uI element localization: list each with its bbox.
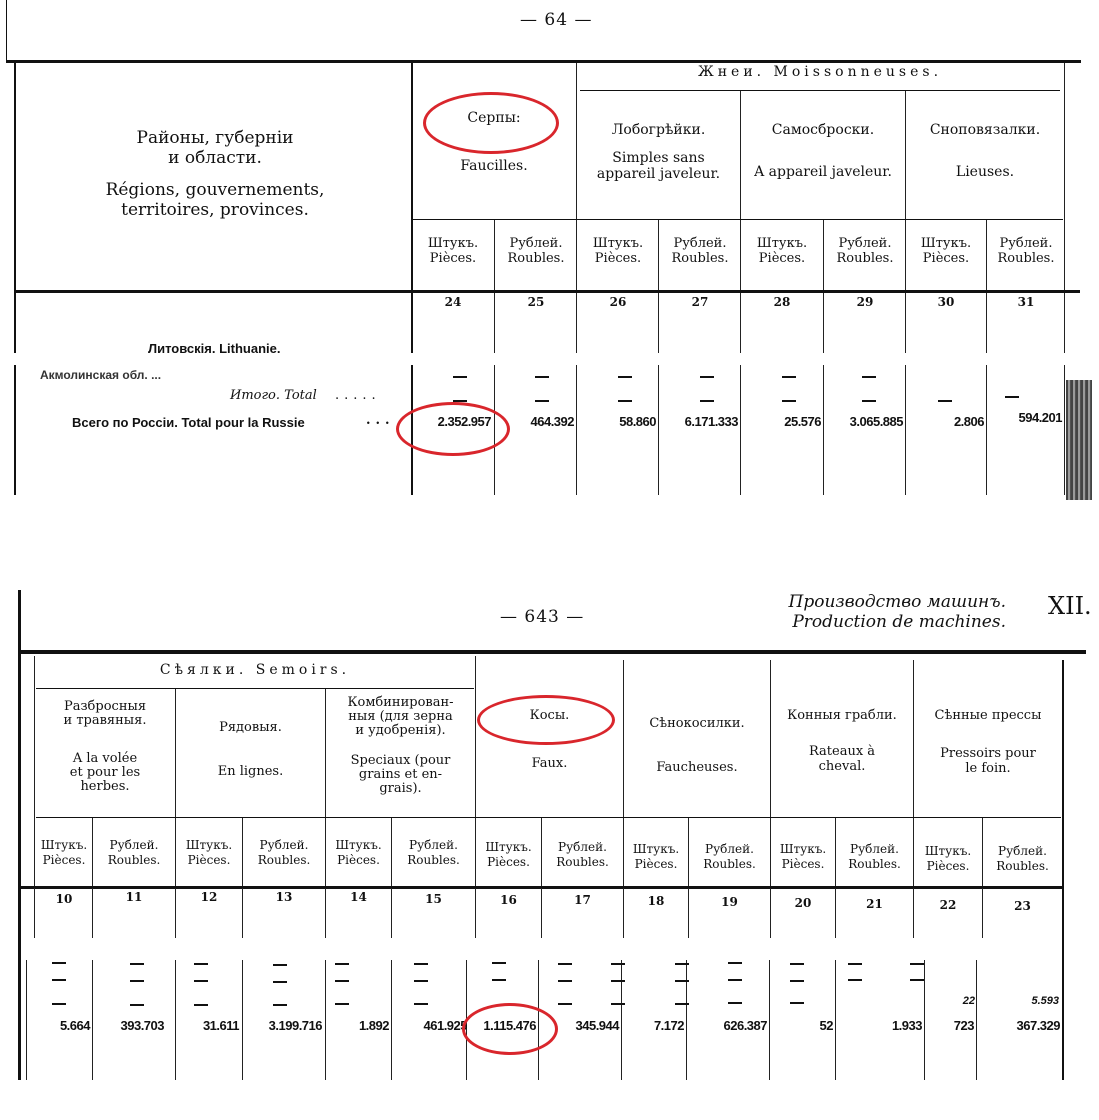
column-number: 31 [988, 295, 1064, 309]
total-value: 5.664 [36, 1018, 90, 1033]
highlight-circle [462, 1003, 558, 1055]
col-header-ru: Лобогрѣйки. [578, 122, 739, 138]
col-divider [175, 688, 176, 896]
unit-divider [823, 365, 824, 495]
column-number: 27 [660, 295, 740, 309]
unit-pieces: Штукъ. Pièces. [413, 236, 493, 266]
unit-pieces: Штукъ. Pièces. [578, 236, 658, 266]
col-divider [1064, 63, 1065, 353]
unit-roubles: Рублей. Roubles. [984, 844, 1061, 874]
column-number: 26 [578, 295, 658, 309]
page-number-bottom: — 643 — [500, 607, 584, 627]
col-divider [475, 888, 476, 938]
unit-pieces: Штукъ. Pièces. [742, 236, 822, 266]
row-label-itogo: Итого. Total [230, 388, 317, 403]
scan-edge [6, 0, 7, 60]
unit-pieces: Штукъ. Pièces. [36, 838, 92, 868]
unit-roubles: Рублей. Roubles. [825, 236, 905, 266]
chapter-number: XII. [1048, 592, 1092, 620]
group-underline [36, 688, 474, 689]
col-divider [905, 90, 906, 353]
unit-roubles: Рублей. Roubles. [244, 838, 324, 868]
col-divider [391, 888, 392, 938]
column-number: 11 [94, 890, 174, 904]
empty-dash [535, 376, 549, 378]
column-number: 16 [477, 893, 540, 907]
unit-roubles: Рублей. Roubles. [496, 236, 576, 266]
col-header-fr: Faucilles. [413, 158, 575, 174]
unit-divider [982, 818, 983, 896]
header-bottom-rule [14, 290, 1080, 293]
col-divider [92, 960, 93, 1080]
total-value: 594.201 [988, 410, 1062, 425]
column-number: 28 [742, 295, 822, 309]
unit-divider [658, 365, 659, 495]
running-head-fr: Production de machines. [760, 612, 1006, 632]
col-divider [770, 660, 771, 896]
unit-roubles: Рублей. Roubles. [543, 840, 622, 870]
scan-edge [18, 590, 21, 1080]
col-divider [576, 63, 577, 353]
empty-dash [862, 400, 876, 402]
unit-row-rule [413, 219, 1063, 220]
unit-pieces: Штукъ. Pièces. [915, 844, 981, 874]
table-top-rule [18, 650, 1086, 654]
col-divider [242, 888, 243, 938]
stub-header-fr: Régions, gouvernements, territoires, pro… [20, 180, 410, 220]
unit-pieces: Штукъ. Pièces. [907, 236, 985, 266]
empty-dash [618, 400, 632, 402]
total-value: 3.065.885 [825, 414, 903, 429]
unit-row-rule [36, 817, 1061, 818]
unit-pieces: Штукъ. Pièces. [772, 842, 834, 872]
col-divider [576, 365, 577, 495]
total-value: 52 [771, 1018, 833, 1033]
col-divider [325, 960, 326, 1080]
unit-divider [835, 818, 836, 896]
column-number: 25 [496, 295, 576, 309]
column-number: 23 [984, 899, 1061, 913]
column-number: 21 [837, 897, 912, 911]
col-divider [835, 888, 836, 938]
section-label-lithuania: Литовскія. Lithuanie. [148, 341, 280, 356]
total-value: 1.892 [327, 1018, 389, 1033]
col-divider [175, 960, 176, 1080]
empty-dash [700, 400, 714, 402]
unit-divider [541, 818, 542, 896]
unit-roubles: Рублей. Roubles. [94, 838, 174, 868]
col-divider [325, 888, 326, 938]
unit-roubles: Рублей. Roubles. [660, 236, 740, 266]
unit-roubles: Рублей. Roubles. [837, 842, 912, 872]
unit-divider [986, 365, 987, 495]
row-label-partial: Акмолинская обл. ... [40, 368, 161, 382]
col-divider [623, 888, 624, 938]
running-head-ru: Производство машинъ. [760, 592, 1006, 612]
table-top-rule [6, 60, 1081, 63]
col-header-ru: Сѣнокосилки. [625, 716, 769, 732]
column-number: 19 [690, 895, 769, 909]
empty-dash [862, 376, 876, 378]
total-value: 393.703 [94, 1018, 164, 1033]
total-value: 461.925 [393, 1018, 467, 1033]
unit-divider [494, 220, 495, 353]
unit-divider [986, 220, 987, 353]
column-number: 12 [177, 890, 241, 904]
total-value: 2.806 [907, 414, 984, 429]
empty-dash [535, 400, 549, 402]
col-header-fr: A la volée et pour les herbes. [36, 752, 174, 794]
column-number: 17 [543, 893, 622, 907]
total-value: 723 [926, 1018, 974, 1033]
col-divider [835, 960, 836, 1080]
empty-dash [782, 400, 796, 402]
total-value: 58.860 [578, 414, 656, 429]
col-header-ru: Рядовыя. [177, 720, 324, 736]
col-divider [982, 888, 983, 938]
col-divider [740, 90, 741, 353]
col-header-ru: Сѣнные прессы [915, 708, 1061, 724]
empty-dash [1005, 396, 1019, 398]
col-divider [740, 365, 741, 495]
total-value: 6.171.333 [660, 414, 738, 429]
highlight-circle [423, 92, 559, 154]
col-divider [769, 960, 770, 1080]
col-divider [1064, 365, 1065, 495]
table-left-rule [34, 656, 35, 896]
column-number: 30 [907, 295, 985, 309]
stub-divider [411, 63, 413, 353]
col-header-fr: En lignes. [177, 764, 324, 780]
unit-divider [688, 818, 689, 896]
col-divider [26, 960, 27, 1080]
unit-pieces: Штукъ. Pièces. [477, 840, 540, 870]
col-header-fr: Pressoirs pour le foin. [915, 746, 1061, 776]
col-divider [621, 960, 622, 1080]
col-divider [913, 660, 914, 896]
col-divider [391, 960, 392, 1080]
table-right-rule [1062, 660, 1064, 1080]
highlight-circle [477, 695, 615, 745]
leader-dots: ..... [335, 388, 381, 403]
col-header-fr: Simples sans appareil javeleur. [578, 150, 739, 182]
column-number: 22 [915, 898, 981, 912]
col-header-fr: Speciaux (pour grains et en- grais). [327, 754, 474, 796]
scan-artifact [1066, 380, 1092, 500]
column-number: 10 [36, 892, 92, 906]
unit-divider [242, 818, 243, 896]
column-number: 24 [413, 295, 493, 309]
unit-roubles: Рублей. Roubles. [988, 236, 1064, 266]
col-divider [541, 888, 542, 938]
table-left-rule [14, 63, 16, 353]
table-left-rule [14, 365, 16, 495]
col-divider [92, 888, 93, 938]
col-divider [175, 888, 176, 938]
column-number: 14 [327, 890, 390, 904]
col-divider [924, 960, 925, 1080]
col-header-ru: Конныя грабли. [772, 708, 912, 724]
total-value: 7.172 [623, 1018, 684, 1033]
unit-pieces: Штукъ. Pièces. [327, 838, 390, 868]
group-header-semoirs: Сѣялки. Semoirs. [36, 662, 474, 678]
col-divider [770, 888, 771, 938]
unit-divider [823, 220, 824, 353]
empty-dash [618, 376, 632, 378]
col-divider [905, 365, 906, 495]
unit-divider [391, 818, 392, 896]
total-value: 1.933 [837, 1018, 922, 1033]
col-header-fr: Rateaux à cheval. [772, 744, 912, 774]
unit-pieces: Штукъ. Pièces. [177, 838, 241, 868]
unit-roubles: Рублей. Roubles. [690, 842, 769, 872]
col-divider [688, 888, 689, 938]
group-header-moissonneuses: Жнеи. Moissonneuses. [580, 64, 1060, 80]
column-number: 18 [625, 894, 687, 908]
column-number: 20 [772, 896, 834, 910]
unit-pieces: Штукъ. Pièces. [625, 842, 687, 872]
col-divider [325, 688, 326, 896]
group-underline [580, 90, 1060, 91]
unit-roubles: Рублей. Roubles. [393, 838, 474, 868]
total-value: 626.387 [688, 1018, 767, 1033]
stub-header-ru: Районы, губерніи и области. [20, 128, 410, 168]
col-divider [976, 960, 977, 1080]
highlight-circle [396, 402, 510, 456]
col-divider [623, 660, 624, 896]
empty-dash [453, 376, 467, 378]
total-value: 367.329 [978, 1018, 1060, 1033]
col-header-ru: Комбинирован- ныя (для зерна и удобренія… [327, 696, 474, 738]
col-divider [686, 960, 687, 1080]
empty-dash [700, 376, 714, 378]
row-label-total-russia: Всего по Россіи. Total pour la Russie [72, 415, 305, 430]
leader-dots: ... [366, 413, 395, 428]
itogo-value: 22 [913, 995, 975, 1007]
col-header-fr: A appareil javeleur. [742, 164, 904, 180]
total-value: 31.611 [177, 1018, 239, 1033]
page-number-top: — 64 — [520, 10, 592, 30]
total-value: 3.199.716 [244, 1018, 322, 1033]
col-header-ru: Разбросныя и травяныя. [36, 700, 174, 728]
empty-dash [782, 376, 796, 378]
column-number: 29 [825, 295, 905, 309]
col-header-ru: Самосброски. [742, 122, 904, 138]
column-number: 15 [393, 892, 474, 906]
total-value: 25.576 [742, 414, 821, 429]
col-divider [913, 888, 914, 938]
col-divider [475, 656, 476, 896]
empty-dash [938, 400, 952, 402]
column-number: 13 [244, 890, 324, 904]
col-header-fr: Lieuses. [907, 164, 1063, 180]
col-header-fr: Faucheuses. [625, 760, 769, 776]
col-header-fr: Faux. [477, 756, 622, 772]
col-divider [34, 888, 35, 938]
unit-divider [92, 818, 93, 896]
col-header-ru: Сноповязалки. [907, 122, 1063, 138]
col-divider [242, 960, 243, 1080]
unit-divider [658, 220, 659, 353]
itogo-value: 5.593 [976, 995, 1059, 1007]
